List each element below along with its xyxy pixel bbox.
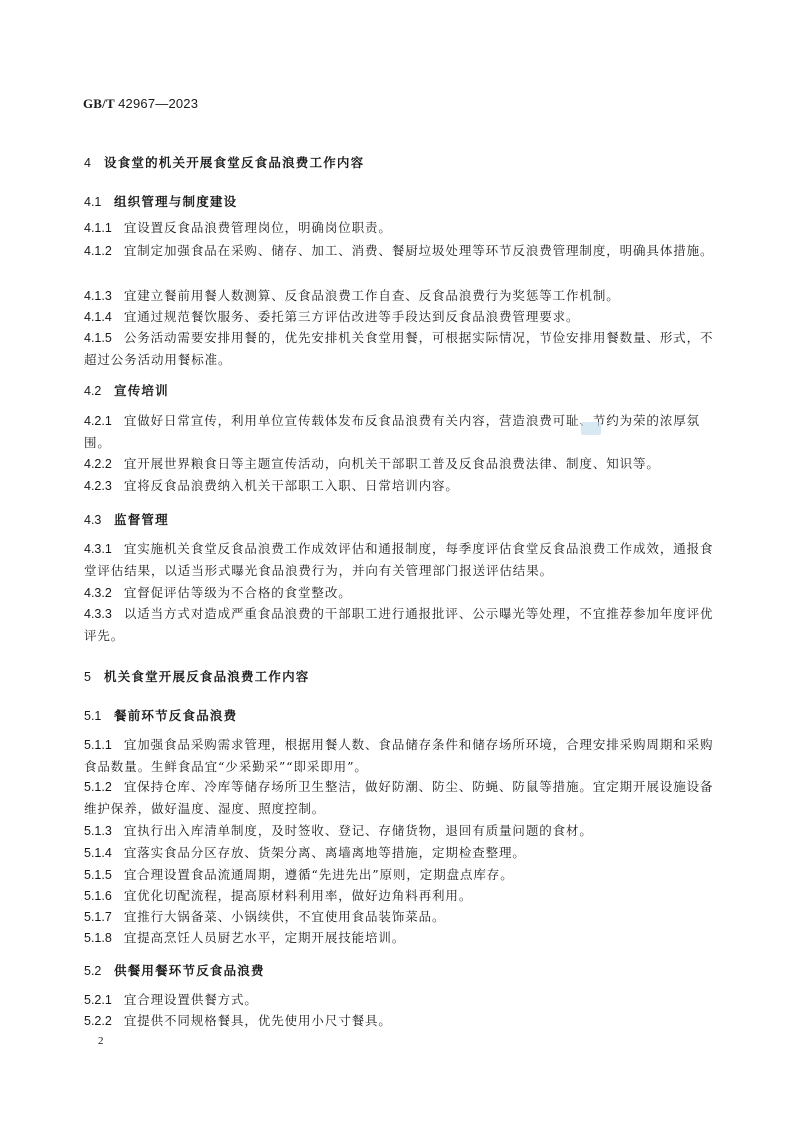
clause-4-2-3: 4.2.3宜将反食品浪费纳入机关干部职工入职、日常培训内容。 <box>84 475 714 497</box>
clause-5-1-7: 5.1.7宜推行大锅备菜、小锅续供，不宜使用食品装饰菜品。 <box>84 906 714 928</box>
clause-4-1-2: 4.1.2宜制定加强食品在采购、储存、加工、消费、餐厨垃圾处理等环节反浪费管理制… <box>84 240 714 262</box>
section-5-1-heading: 5.1餐前环节反食品浪费 <box>84 706 714 724</box>
clause-5-1-5: 5.1.5宜合理设置食品流通周期，遵循“先进先出”原则，定期盘点库存。 <box>84 864 714 886</box>
clause-5-1-2: 5.1.2宜保持仓库、冷库等储存场所卫生整洁，做好防潮、防尘、防蝇、防鼠等措施。… <box>84 776 714 820</box>
watermark-logo <box>581 422 601 435</box>
section-title: 组织管理与制度建设 <box>114 194 237 209</box>
section-4-3-heading: 4.3监督管理 <box>84 510 714 528</box>
clause-5-1-8: 5.1.8宜提高烹饪人员厨艺水平，定期开展技能培训。 <box>84 927 714 949</box>
section-title: 供餐用餐环节反食品浪费 <box>114 963 265 978</box>
section-4-1-heading: 4.1组织管理与制度建设 <box>84 192 714 210</box>
standard-prefix: GB/T <box>83 96 115 111</box>
clause-5-1-4: 5.1.4宜落实食品分区存放、货架分离、离墙离地等措施，定期检查整理。 <box>84 842 714 864</box>
clause-4-3-1: 4.3.1宜实施机关食堂反食品浪费工作成效评估和通报制度，每季度评估食堂反食品浪… <box>84 538 714 582</box>
clause-4-1-4: 4.1.4宜通过规范餐饮服务、委托第三方评估改进等手段达到反食品浪费管理要求。 <box>84 306 714 328</box>
clause-5-2-2: 5.2.2宜提供不同规格餐具，优先使用小尺寸餐具。 <box>84 1010 714 1032</box>
clause-4-3-3: 4.3.3以适当方式对造成严重食品浪费的干部职工进行通报批评、公示曝光等处理，不… <box>84 603 714 647</box>
clause-4-1-3: 4.1.3宜建立餐前用餐人数测算、反食品浪费工作自查、反食品浪费行为奖惩等工作机… <box>84 285 714 307</box>
section-5-2-heading: 5.2供餐用餐环节反食品浪费 <box>84 961 714 979</box>
section-4-heading: 4设食堂的机关开展食堂反食品浪费工作内容 <box>84 153 714 171</box>
clause-5-1-1: 5.1.1宜加强食品采购需求管理，根据用餐人数、食品储存条件和储存场所环境，合理… <box>84 734 714 778</box>
section-title: 机关食堂开展反食品浪费工作内容 <box>104 669 310 684</box>
page-number: 2 <box>98 1035 104 1047</box>
section-4-2-heading: 4.2宣传培训 <box>84 381 714 399</box>
clause-4-1-1: 4.1.1宜设置反食品浪费管理岗位，明确岗位职责。 <box>84 217 714 239</box>
standard-number-header: GB/T 42967—2023 <box>83 96 198 112</box>
clause-4-3-2: 4.3.2宜督促评估等级为不合格的食堂整改。 <box>84 582 714 604</box>
section-title: 设食堂的机关开展食堂反食品浪费工作内容 <box>104 155 364 170</box>
standard-code: 42967—2023 <box>118 96 198 111</box>
clause-5-1-6: 5.1.6宜优化切配流程，提高原材料利用率，做好边角料再利用。 <box>84 885 714 907</box>
clause-4-2-1: 4.2.1宜做好日常宣传，利用单位宣传载体发布反食品浪费有关内容，营造浪费可耻、… <box>84 410 714 454</box>
clause-4-2-2: 4.2.2宜开展世界粮食日等主题宣传活动，向机关干部职工普及反食品浪费法律、制度… <box>84 453 714 475</box>
section-5-heading: 5机关食堂开展反食品浪费工作内容 <box>84 667 714 685</box>
clause-5-2-1: 5.2.1宜合理设置供餐方式。 <box>84 989 714 1011</box>
section-title: 餐前环节反食品浪费 <box>114 708 237 723</box>
clause-5-1-3: 5.1.3宜执行出入库清单制度，及时签收、登记、存储货物，退回有质量问题的食材。 <box>84 820 714 842</box>
section-title: 监督管理 <box>114 512 169 527</box>
clause-4-1-5: 4.1.5公务活动需要安排用餐的，优先安排机关食堂用餐，可根据实际情况，节俭安排… <box>84 327 714 371</box>
section-title: 宣传培训 <box>114 383 169 398</box>
